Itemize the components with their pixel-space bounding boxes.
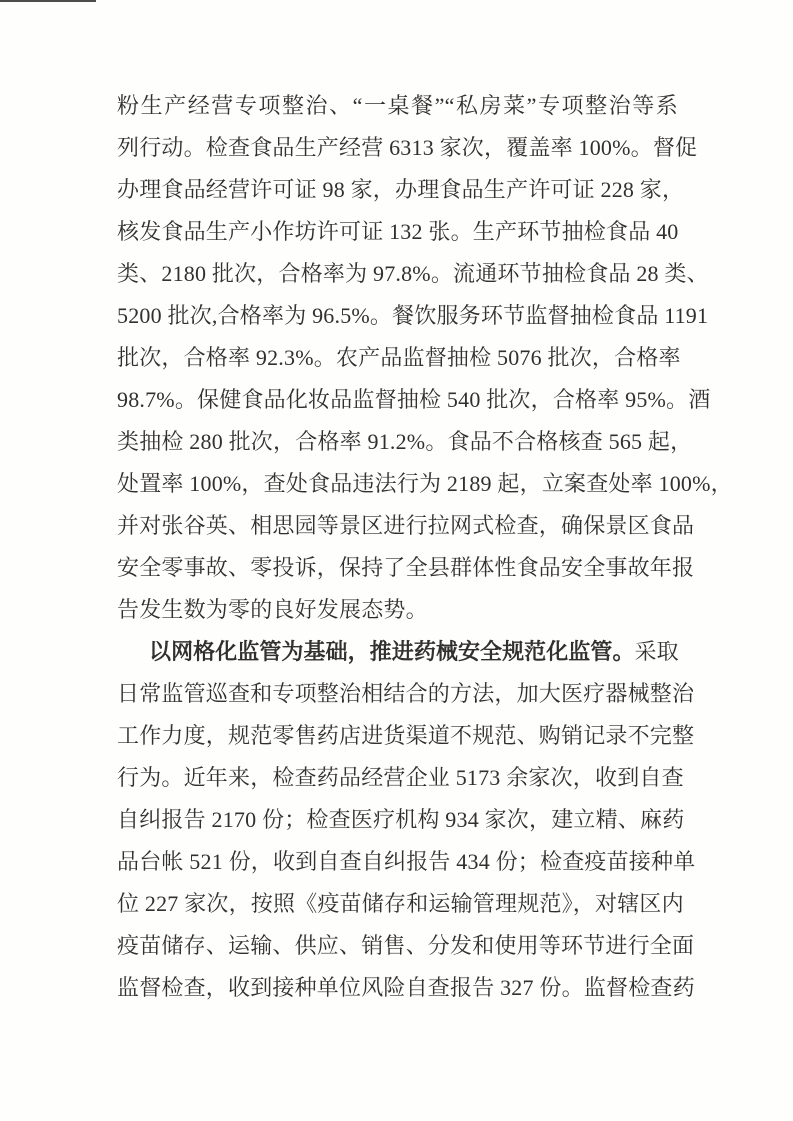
paragraph-lead-line: 以网格化监管为基础，推进药械安全规范化监管。采取 [117, 631, 678, 673]
text-line: 自纠报告 2170 份；检查医疗机构 934 家次，建立精、麻药 [117, 799, 678, 841]
text-line: 日常监管巡查和专项整治相结合的方法，加大医疗器械整治 [117, 673, 678, 715]
text-line: 列行动。检查食品生产经营 6313 家次，覆盖率 100%。督促 [117, 127, 678, 169]
text-line: 类、2180 批次，合格率为 97.8%。流通环节抽检食品 28 类、 [117, 253, 678, 295]
text-line: 行为。近年来，检查药品经营企业 5173 余家次，收到自查 [117, 757, 678, 799]
text-line: 位 227 家次，按照《疫苗储存和运输管理规范》，对辖区内 [117, 883, 678, 925]
text-line: 监督检查，收到接种单位风险自查报告 327 份。监督检查药 [117, 967, 678, 1009]
text-line: 安全零事故、零投诉，保持了全县群体性食品安全事故年报 [117, 547, 678, 589]
scan-edge-artifact [0, 0, 96, 2]
text-line: 工作力度，规范零售药店进货渠道不规范、购销记录不完整 [117, 715, 678, 757]
text-line: 类抽检 280 批次，合格率 91.2%。食品不合格核查 565 起， [117, 421, 678, 463]
text-line: 批次，合格率 92.3%。农产品监督抽检 5076 批次，合格率 [117, 337, 678, 379]
text-line: 粉生产经营专项整治、“一桌餐”“私房菜”专项整治等系 [117, 85, 678, 127]
text-line: 5200 批次,合格率为 96.5%。餐饮服务环节监督抽检食品 1191 [117, 295, 678, 337]
text-line: 核发食品生产小作坊许可证 132 张。生产环节抽检食品 40 [117, 211, 678, 253]
text-line: 并对张谷英、相思园等景区进行拉网式检查，确保景区食品 [117, 505, 678, 547]
text-line: 疫苗储存、运输、供应、销售、分发和使用等环节进行全面 [117, 925, 678, 967]
text-line: 处置率 100%，查处食品违法行为 2189 起，立案查处率 100%， [117, 463, 678, 505]
text-line: 98.7%。保健食品化妆品监督抽检 540 批次，合格率 95%。酒 [117, 379, 678, 421]
scanned-document-page: 粉生产经营专项整治、“一桌餐”“私房菜”专项整治等系 列行动。检查食品生产经营 … [0, 0, 793, 1121]
text-line: 告发生数为零的良好发展态势。 [117, 589, 678, 631]
lead-line-rest: 采取 [635, 639, 678, 664]
document-body-text: 粉生产经营专项整治、“一桌餐”“私房菜”专项整治等系 列行动。检查食品生产经营 … [117, 85, 678, 1009]
text-line: 办理食品经营许可证 98 家，办理食品生产许可证 228 家， [117, 169, 678, 211]
bold-lead-sentence: 以网格化监管为基础，推进药械安全规范化监管。 [149, 639, 635, 664]
text-line: 品台帐 521 份，收到自查自纠报告 434 份；检查疫苗接种单 [117, 841, 678, 883]
